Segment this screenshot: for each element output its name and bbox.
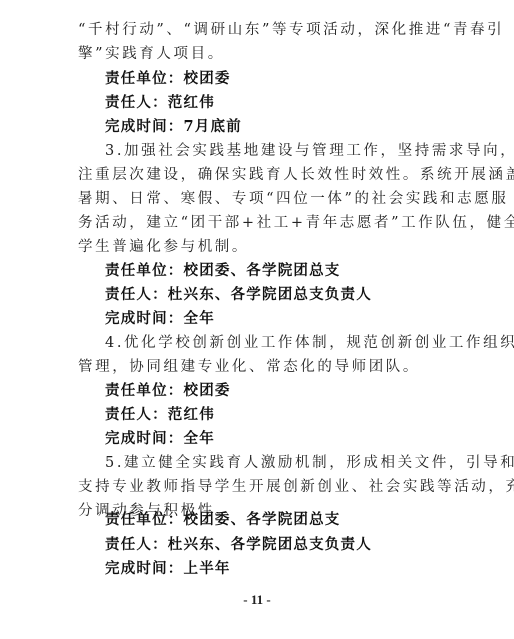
body-line: 务活动，建立“团干部+社工+青年志愿者”工作队伍，健全	[78, 213, 428, 233]
item-heading-4: 4.优化学校创新创业工作体制，规范创新创业工作组织	[105, 333, 455, 353]
body-line: 支持专业教师指导学生开展创新创业、社会实践等活动，充	[78, 477, 428, 497]
responsible-unit: 责任单位：校团委	[105, 69, 455, 89]
responsible-unit: 责任单位：校团委、各学院团总支	[105, 510, 455, 530]
body-line: “千村行动”、“调研山东”等专项活动，深化推进“青春引	[78, 20, 428, 40]
completion-time: 完成时间：7月底前	[105, 117, 455, 137]
completion-time: 完成时间：全年	[105, 429, 455, 449]
responsible-unit: 责任单位：校团委	[105, 381, 455, 401]
responsible-person: 责任人：杜兴东、各学院团总支负责人	[105, 285, 455, 305]
document-page: “千村行动”、“调研山东”等专项活动，深化推进“青春引 擎”实践育人项目。 责任…	[0, 0, 514, 639]
responsible-unit: 责任单位：校团委、各学院团总支	[105, 261, 455, 281]
body-line: 擎”实践育人项目。	[78, 44, 428, 64]
item-heading-3: 3.加强社会实践基地建设与管理工作，坚持需求导向，	[105, 141, 455, 161]
responsible-person: 责任人：范红伟	[105, 93, 455, 113]
item-heading-5: 5.建立健全实践育人激励机制，形成相关文件，引导和	[105, 453, 455, 473]
responsible-person: 责任人：杜兴东、各学院团总支负责人	[105, 535, 455, 555]
body-line: 管理，协同组建专业化、常态化的导师团队。	[78, 357, 428, 377]
responsible-person: 责任人：范红伟	[105, 405, 455, 425]
completion-time: 完成时间：全年	[105, 309, 455, 329]
body-line: 暑期、日常、寒假、专项“四位一体”的社会实践和志愿服	[78, 189, 428, 209]
body-line: 学生普遍化参与机制。	[78, 237, 428, 257]
completion-time: 完成时间：上半年	[105, 559, 455, 579]
body-line: 注重层次建设，确保实践育人长效性时效性。系统开展涵盖	[78, 165, 428, 185]
page-number: - 11 -	[0, 592, 514, 608]
